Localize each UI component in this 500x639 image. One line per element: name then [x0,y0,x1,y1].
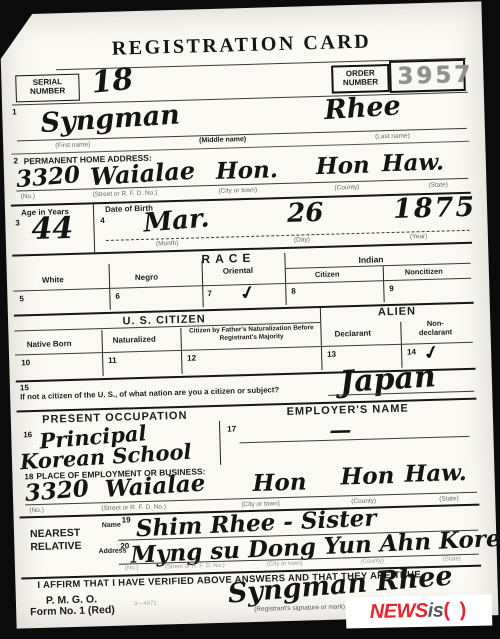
race-divider [383,266,385,302]
naturalized-num: 11 [108,356,117,365]
serial-label-2: NUMBER [17,86,79,97]
home-state: Haw. [381,149,444,178]
relative-street-label: (Street or R. F. D. No.) [165,563,225,571]
father-naturalization-label: Citizen by Father's Naturalization Befor… [188,324,314,343]
declarant-num: 13 [327,350,336,359]
signature-label: (Registrant's signature or mark) [254,603,345,613]
dob-year-label: (Year) [410,233,428,240]
race-cell-line [13,288,109,292]
registration-card: REGISTRATION CARD SERIAL NUMBER 18 ORDER… [0,1,498,628]
form-code: 3—4671 [134,601,157,608]
age-value: 44 [31,211,74,247]
native-born-label: Native Born [27,339,72,349]
dob-year: 1875 [393,192,477,225]
citizen-cell-line [102,350,181,353]
home-city: Hon. [216,156,279,185]
field-num-2: 2 [13,156,18,165]
home-city-label: (City or town) [218,187,257,195]
employment-county: Hon [340,462,395,490]
race-negro-num: 6 [115,292,120,301]
middle-name-label: (Middle name) [199,136,246,144]
first-name-value: Syngman [40,99,181,139]
home-county-label: (County) [334,184,359,192]
relative-city-label: (City or town) [267,561,303,568]
relative-no-label: (No.) [125,565,139,571]
race-white-label: White [42,275,64,285]
race-negro-label: Negro [135,273,158,283]
declarant-label: Declarant [334,329,371,339]
age-divider [93,202,95,252]
watermark-parens: ( ) [443,599,468,623]
nation-question: If not a citizen of the U. S., of what n… [20,385,279,401]
employment-city: Hon [252,468,307,496]
serial-number-box: SERIAL NUMBER [15,74,80,103]
father-naturalization-num: 12 [187,353,196,362]
form-number-text: Form No. 1 (Red) [30,604,115,618]
race-header: RACE [201,251,255,267]
bottom-scan-edge [0,625,500,639]
first-name-label: (First name) [55,141,90,149]
race-indian-label: Indian [358,254,383,265]
citizen-cell-line [181,346,321,351]
race-oriental-num: 7 [207,289,212,298]
nearest-relative-block: NEAREST RELATIVE [30,527,82,554]
field-num-16: 16 [23,430,32,439]
dob-month: Mar. [142,203,210,238]
race-cell-line [285,278,471,284]
race-noncitizen-num: 9 [389,284,394,293]
serial-number-value: 18 [90,62,135,101]
watermark-is: is [427,599,443,622]
card-title: REGISTRATION CARD [0,27,482,63]
dob-day: 26 [287,198,324,229]
home-state-label: (State) [428,181,448,189]
race-citizen-label: Citizen [315,269,340,279]
nearest-label: NEAREST [30,527,81,541]
occupation-divider [219,421,221,465]
relative-label: RELATIVE [30,539,81,553]
employment-state-label: (State) [439,495,459,503]
field-num-17: 17 [227,424,236,433]
scan-background: REGISTRATION CARD SERIAL NUMBER 18 ORDER… [0,0,500,639]
relative-name-label: Name [102,522,121,530]
field-num-20: 20 [120,541,129,550]
field-num-15: 15 [20,383,29,392]
race-oriental-label: Oriental [223,266,253,276]
last-name-label: (Last name) [375,132,410,140]
employment-no-label: (No.) [29,507,44,514]
employment-street: Waialae [104,470,206,503]
home-street-label: (Street or R. F. D. No.) [92,190,157,199]
field-num-19: 19 [122,515,131,524]
newsis-watermark: NEWSis( ) [346,594,493,628]
field-num-4: 4 [100,216,105,225]
dob-month-label: (Month) [156,240,179,248]
citizen-cell-line [15,352,102,355]
nondeclarant-label: Non-declarant [412,319,458,338]
race-noncitizen-label: Noncitizen [405,267,443,277]
home-no-label: (No.) [21,193,36,200]
dob-day-label: (Day) [294,236,310,243]
employer-baseline [240,436,470,443]
last-name-value: Rhee [323,90,401,126]
naturalized-label: Naturalized [113,335,156,345]
watermark-news: NEWS [369,600,427,624]
race-divider [284,253,286,305]
employment-street-label: (Street or R. F. D. No.) [101,503,166,512]
home-county: Hon [316,152,371,180]
native-born-num: 10 [21,358,30,367]
relative-county-label: (County) [361,558,384,565]
order-number-value: 3957 [397,62,474,90]
order-label-2: NUMBER [333,78,387,88]
nondeclarant-num: 14 [407,347,416,356]
employment-state: Haw. [404,459,467,488]
field-num-3: 3 [15,218,20,227]
employment-city-label: (City or town) [241,500,280,508]
order-number-box: ORDER NUMBER [331,64,390,94]
race-citizen-num: 8 [291,287,296,296]
field-num-1: 1 [12,107,17,116]
race-cell-line [109,285,202,289]
race-white-num: 5 [19,294,24,303]
citizen-cell-line [321,342,473,347]
